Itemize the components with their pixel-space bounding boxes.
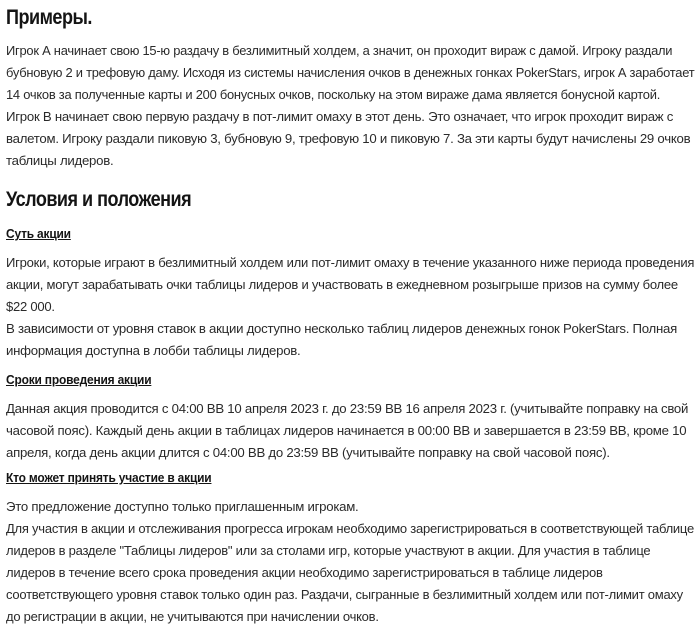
period-paragraph: Данная акция проводится с 04:00 ВВ 10 ап… — [6, 398, 688, 464]
text-line: лидеров в течение всего срока проведения… — [6, 562, 694, 584]
section-heading-period: Сроки проведения акции — [6, 372, 151, 387]
text-line: $22 000. — [6, 296, 694, 318]
text-line: 14 очков за полученные карты и 200 бонус… — [6, 84, 694, 106]
text-line: Это предложение доступно только приглаше… — [6, 496, 358, 518]
text-line: Игрок В начинает свою первую раздачу в п… — [6, 106, 690, 128]
text-line: Для участия в акции и отслеживания прогр… — [6, 518, 694, 540]
section-heading-essence: Суть акции — [6, 226, 71, 241]
example-paragraph-a: Игрок А начинает свою 15-ю раздачу в без… — [6, 40, 700, 106]
text-line: до регистрации в акции, не учитываются п… — [6, 606, 694, 626]
section-heading-eligibility: Кто может принять участие в акции — [6, 470, 211, 485]
text-line: Данная акция проводится с 04:00 ВВ 10 ап… — [6, 398, 688, 420]
text-line: соответствующего уровня ставок только од… — [6, 584, 694, 606]
text-line: акции, могут зарабатывать очки таблицы л… — [6, 274, 694, 296]
essence-paragraph-2: В зависимости от уровня ставок в акции д… — [6, 318, 677, 362]
text-line: таблицы лидеров. — [6, 150, 690, 172]
eligibility-paragraph-1: Это предложение доступно только приглаше… — [6, 496, 358, 518]
text-line: лидеров в разделе "Таблицы лидеров" или … — [6, 540, 694, 562]
text-line: часовой пояс). Каждый день акции в табли… — [6, 420, 688, 442]
essence-paragraph-1: Игроки, которые играют в безлимитный хол… — [6, 252, 700, 318]
text-line: Игроки, которые играют в безлимитный хол… — [6, 252, 694, 274]
examples-heading: Примеры. — [6, 6, 92, 30]
text-line: информация доступна в лобби таблицы лиде… — [6, 340, 677, 362]
text-line: В зависимости от уровня ставок в акции д… — [6, 318, 677, 340]
eligibility-paragraph-2: Для участия в акции и отслеживания прогр… — [6, 518, 700, 626]
text-line: Игрок А начинает свою 15-ю раздачу в без… — [6, 40, 694, 62]
text-line: бубновую 2 и трефовую даму. Исходя из си… — [6, 62, 694, 84]
text-line: апреля, когда день акции длится с 04:00 … — [6, 442, 688, 464]
text-line: валетом. Игроку раздали пиковую 3, бубно… — [6, 128, 690, 150]
example-paragraph-b: Игрок В начинает свою первую раздачу в п… — [6, 106, 690, 172]
terms-heading: Условия и положения — [6, 188, 191, 212]
